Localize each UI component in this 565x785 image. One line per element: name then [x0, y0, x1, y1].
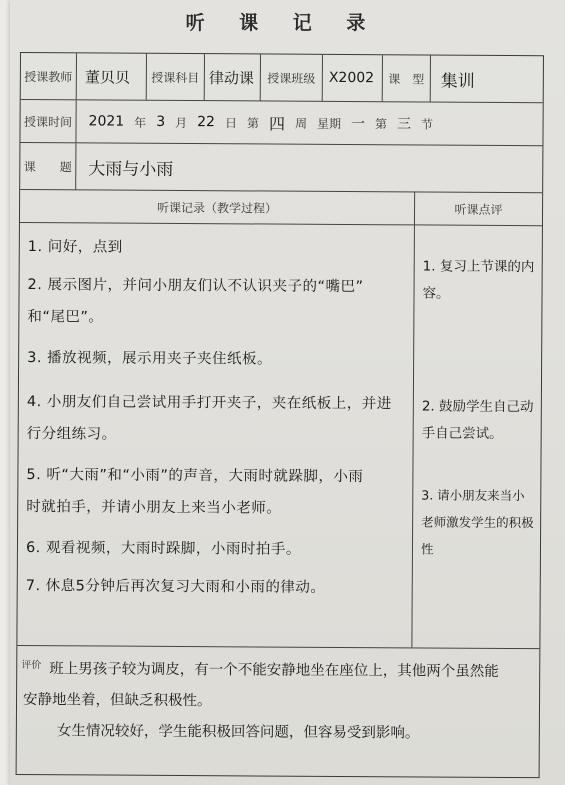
- page-title: 听 课 记 录: [0, 8, 565, 35]
- evaluation-line-2: 安静地坐着，但缺乏积极性。: [23, 685, 531, 719]
- process-step-4-line-2: 行分组练习。: [27, 418, 407, 452]
- topic-label: 课 题: [20, 143, 76, 189]
- teacher-label: 授课教师: [21, 53, 77, 99]
- time-row: 授课时间 2021 年 3 月 22 日 第 四 周 星期 一 第 三 节: [20, 100, 542, 146]
- process-body: 1. 问好，点到 2. 展示图片，并问小朋友们认不认识夹子的“嘴巴” 和“尾巴”…: [17, 223, 414, 647]
- subject-label: 授课科目: [147, 54, 205, 100]
- topic-value: 大雨与小雨: [76, 143, 542, 192]
- comments-header: 听课点评: [415, 192, 542, 226]
- process-step-3: 3. 播放视频，展示用夹子夹住纸板。: [27, 342, 407, 376]
- day-unit: 日: [225, 114, 237, 131]
- month-value: 3: [156, 114, 165, 130]
- year-unit: 年: [134, 113, 146, 130]
- week-prefix: 第: [247, 114, 259, 131]
- period-value: 三: [397, 113, 411, 133]
- record-row: 听课记录（教学过程） 1. 问好，点到 2. 展示图片，并问小朋友们认不认识夹子…: [17, 190, 542, 649]
- day-value: 22: [197, 114, 215, 130]
- header-info-row: 授课教师 董贝贝 授课科目 律动课 授课班级 X2002 课 型 集训: [21, 53, 543, 103]
- comment-2: 2. 鼓励学生自己动手自己尝试。: [422, 393, 537, 448]
- evaluation-line-3: 女生情况较好，学生能积极回答问题，但容易受到影响。: [57, 716, 531, 750]
- time-label: 授课时间: [20, 100, 76, 142]
- process-step-4-line-1: 4. 小朋友们自己尝试用手打开夹子，夹在纸板上，并进: [27, 386, 407, 420]
- week-value: 四: [269, 111, 285, 134]
- type-value: 集训: [431, 56, 543, 103]
- period-unit: 节: [421, 115, 433, 132]
- process-step-6: 6. 观看视频，大雨时跺脚，小雨时拍手。: [26, 532, 406, 566]
- observation-form: 授课教师 董贝贝 授课科目 律动课 授课班级 X2002 课 型 集训 授课时间…: [16, 52, 544, 778]
- week-unit: 周: [295, 114, 307, 131]
- subject-value: 律动课: [205, 54, 261, 100]
- time-line: 2021 年 3 月 22 日 第 四 周 星期 一 第 三 节: [77, 110, 434, 135]
- comment-3: 3. 请小朋友来当小老师激发学生的积极性: [421, 481, 536, 563]
- evaluation-text: 班上男孩子较为调皮，有一个不能安静地坐在座位上，其他两个虽然能 安静地坐着，但缺…: [23, 654, 532, 750]
- evaluation-line-1: 班上男孩子较为调皮，有一个不能安静地坐在座位上，其他两个虽然能: [49, 654, 531, 688]
- month-unit: 月: [175, 113, 187, 130]
- evaluation-cell: 评价 班上男孩子较为调皮，有一个不能安静地坐在座位上，其他两个虽然能 安静地坐着…: [17, 646, 540, 777]
- type-label: 课 型: [383, 55, 431, 101]
- teacher-value: 董贝贝: [77, 53, 147, 99]
- comments-column: 听课点评 1. 复习上节课的内容。 2. 鼓励学生自己动手自己尝试。 3. 请小…: [412, 192, 542, 648]
- topic-row: 课 题 大雨与小雨: [20, 143, 542, 193]
- process-step-7: 7. 休息5分钟后再次复习大雨和小雨的律动。: [26, 570, 406, 604]
- period-prefix: 第: [375, 115, 387, 132]
- year-value: 2021: [89, 113, 125, 129]
- process-column: 听课记录（教学过程） 1. 问好，点到 2. 展示图片，并问小朋友们认不认识夹子…: [17, 190, 415, 647]
- process-step-1: 1. 问好，点到: [28, 231, 408, 265]
- process-header: 听课记录（教学过程）: [20, 190, 414, 225]
- class-label: 授课班级: [261, 54, 323, 100]
- process-step-2-line-2: 和“尾巴”。: [27, 301, 407, 335]
- process-step-5-line-2: 时就拍手，并请小朋友上来当小老师。: [26, 491, 406, 525]
- weekday-value: 一: [351, 113, 365, 133]
- evaluation-row: 评价 班上男孩子较为调皮，有一个不能安静地坐在座位上，其他两个虽然能 安静地坐着…: [17, 646, 540, 777]
- weekday-label: 星期: [317, 114, 341, 131]
- comments-body: 1. 复习上节课的内容。 2. 鼓励学生自己动手自己尝试。 3. 请小朋友来当小…: [412, 225, 542, 648]
- time-value: 2021 年 3 月 22 日 第 四 周 星期 一 第 三 节: [76, 100, 542, 145]
- comment-1: 1. 复习上节课的内容。: [422, 253, 537, 308]
- process-step-5-line-1: 5. 听“大雨”和“小雨”的声音，大雨时就跺脚，小雨: [26, 459, 406, 493]
- evaluation-label: 评价: [21, 656, 41, 671]
- class-value: X2002: [323, 55, 383, 101]
- process-step-2-line-1: 2. 展示图片，并问小朋友们认不认识夹子的“嘴巴”: [27, 269, 407, 303]
